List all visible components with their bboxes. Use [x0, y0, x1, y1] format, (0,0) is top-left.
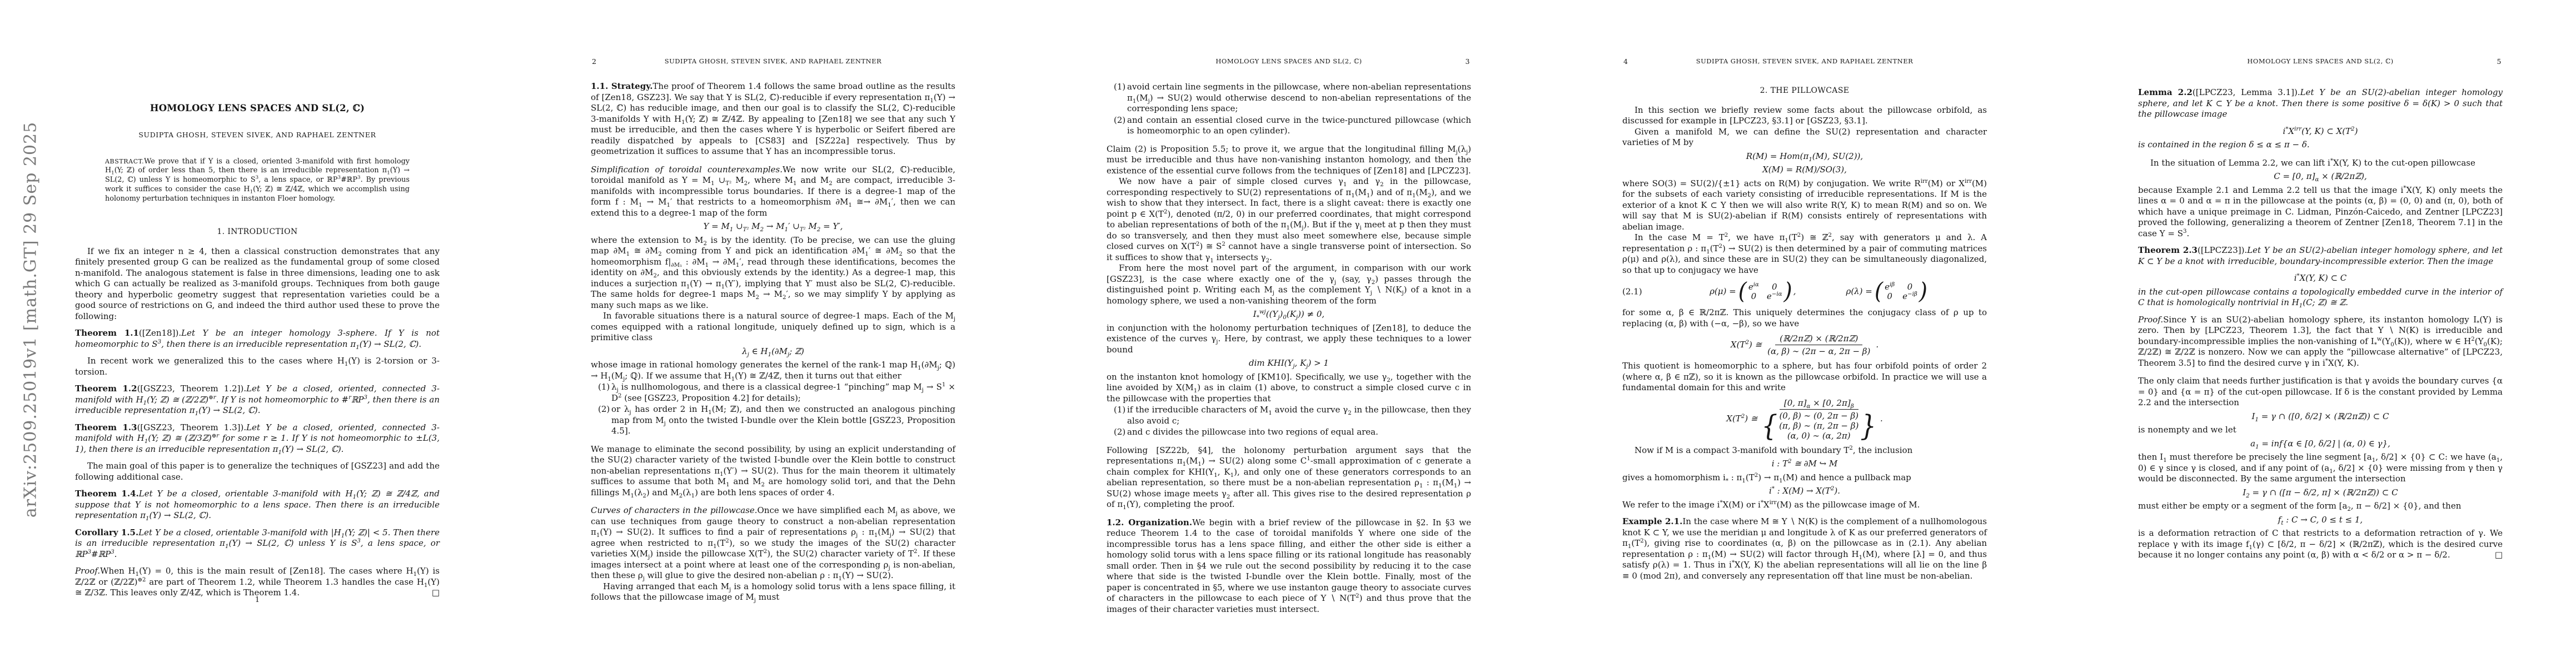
screenshot-root: { "watermark": "arXiv:2509.25019v1 [math…	[0, 0, 2576, 667]
paragraph-lead: Simplification of toroidal counterexampl…	[591, 165, 783, 175]
display-math: i : T2 ≅ ∂M ↪ M	[1622, 459, 1987, 470]
page-body: HOMOLOGY LENS SPACES AND SL(2, ℂ)SUDIPTA…	[75, 81, 440, 599]
paragraph: 1.1. Strategy.The proof of Theorem 1.4 f…	[591, 81, 955, 157]
running-head-title: SUDIPTA GHOSH, STEVEN SIVEK, AND RAPHAEL…	[591, 56, 955, 67]
running-head: 3HOMOLOGY LENS SPACES AND SL(2, ℂ)	[1107, 56, 1471, 67]
fraction: [0, π]α × [0, 2π]β{(0, β) ∼ (0, 2π − β)(…	[1762, 398, 1876, 441]
paragraph: We now have a pair of simple closed curv…	[1107, 176, 1471, 263]
fraction-numerator: (ℝ/2πℤ) × (ℝ/2πℤ)	[1775, 333, 1862, 345]
paragraph-text: where the extension to M2 is by the iden…	[591, 235, 955, 310]
paragraph: then I1 must therefore be precisely the …	[2138, 452, 2503, 485]
proof-text: Since Y is an SU(2)-abelian homology sph…	[2138, 315, 2503, 368]
paragraph: The main goal of this paper is to genera…	[75, 461, 440, 482]
matrix-cell: e−iβ	[1902, 292, 1917, 301]
paragraph-text: in conjunction with the holonomy perturb…	[1107, 323, 1471, 355]
fraction-denominator: (0, β) ∼ (0, 2π − β)(π, β) ∼ (π, 2π − β)…	[1777, 411, 1860, 441]
running-head-title: SUDIPTA GHOSH, STEVEN SIVEK, AND RAPHAEL…	[1622, 56, 1987, 67]
theorem: Theorem 1.4.Let Y be a closed, orientabl…	[75, 489, 440, 521]
paragraph-text: whose image in rational homology generat…	[591, 360, 955, 381]
paragraph-text: If we fix an integer n ≥ 4, then a class…	[75, 246, 440, 321]
denominator-line: (π, β) ∼ (π, 2π − β)	[1779, 421, 1858, 431]
list-item-text: if the irreducible characters of M1 avoi…	[1127, 405, 1471, 426]
abstract-text: We prove that if Y is a closed, oriented…	[105, 157, 410, 203]
right-paren-glyph: )	[1784, 280, 1792, 303]
fraction-numerator: [0, π]α × [0, 2π]β	[1780, 398, 1858, 410]
paragraph-text: In the situation of Lemma 2.2, we can li…	[2150, 158, 2475, 168]
paragraph: is nonempty and we let	[2138, 425, 2503, 436]
paragraph: In favorable situations there is a natur…	[591, 311, 955, 344]
right-paren-glyph: )	[1919, 280, 1927, 303]
paragraph: Claim (2) is Proposition 5.5; to prove i…	[1107, 144, 1471, 177]
fraction: (ℝ/2πℤ) × (ℝ/2πℤ)(α, β) ∼ (2π − α, 2π − …	[1766, 333, 1872, 356]
display-math: X(M) = R(M)/SO(3),	[1622, 165, 1987, 176]
running-head-title: HOMOLOGY LENS SPACES AND SL(2, ℂ)	[2138, 56, 2503, 67]
list-item: (1)λj is nullhomologous, and there is a …	[591, 382, 955, 404]
list-item-text: avoid certain line segments in the pillo…	[1127, 82, 1471, 113]
paragraph-text: The proof of Theorem 1.4 follows the sam…	[591, 81, 955, 156]
paragraph: in the cut-open pillowcase contains a to…	[2138, 287, 2503, 308]
matrix-cell: eiα	[1748, 282, 1759, 292]
display-math: i*Xirr(Y, K) ⊂ X(T2)	[2138, 126, 2503, 137]
left-paren-glyph: (	[1875, 280, 1883, 303]
paragraph-text: We refer to the image i*X(M) or i*Xirr(M…	[1622, 500, 1920, 510]
running-head: 4SUDIPTA GHOSH, STEVEN SIVEK, AND RAPHAE…	[1622, 56, 1987, 67]
list-item-number: (1)	[598, 382, 610, 393]
fraction-denominator-row: {(0, β) ∼ (0, 2π − β)(π, β) ∼ (π, 2π − β…	[1762, 411, 1876, 441]
paragraph-text: From here the most novel part of the arg…	[1107, 263, 1471, 306]
proof: Proof.Since Y is an SU(2)-abelian homolo…	[2138, 315, 2503, 369]
matrix-cell: 0	[1748, 292, 1759, 301]
list-item-number: (1)	[1114, 405, 1125, 416]
paragraph: We manage to eliminate the second possib…	[591, 444, 955, 499]
paragraph: where the extension to M2 is by the iden…	[591, 235, 955, 311]
paragraph-lead: 1.2. Organization.	[1107, 517, 1192, 527]
theorem-label: Theorem 1.4.	[75, 489, 139, 499]
section-heading: 2. THE PILLOWCASE	[1622, 86, 1987, 97]
display-math: λj ∈ H1(∂Mj; ℤ)	[591, 346, 955, 357]
display-math: C = [0, π]α × (ℝ/2πℤ),	[2138, 171, 2503, 182]
paragraph-text: must either be empty or a segment of the…	[2138, 501, 2461, 511]
paragraph: We refer to the image i*X(M) or i*Xirr(M…	[1622, 500, 1987, 511]
list-item-text: and c divides the pillowcase into two re…	[1127, 427, 1378, 437]
paper-page-3: 3HOMOLOGY LENS SPACES AND SL(2, ℂ)(1)avo…	[1107, 0, 1471, 667]
display-math: R(M) = Hom(π1(M), SU(2)),	[1622, 151, 1987, 162]
theorem-citation: ([Zen18]).	[139, 328, 181, 338]
paragraph: In the situation of Lemma 2.2, we can li…	[2138, 158, 2503, 169]
paragraph-text: In the case M = T2, we have π1(T2) ≅ ℤ2,…	[1622, 232, 1987, 275]
denominator-line: (α, 0) ∼ (α, 2π)	[1787, 431, 1851, 441]
matrix-cell: 0	[1902, 282, 1917, 292]
paragraph: for some α, β ∈ ℝ/2πℤ. This uniquely det…	[1622, 307, 1987, 329]
paragraph-text: We now have a pair of simple closed curv…	[1107, 176, 1471, 262]
paragraph: If we fix an integer n ≥ 4, then a class…	[75, 246, 440, 322]
paragraph: 1.2. Organization.We begin with a brief …	[1107, 517, 1471, 615]
display-math: I2 = γ ∩ ([π − δ/2, π] × (ℝ/2πℤ)) ⊂ C	[2138, 487, 2503, 499]
left-brace-glyph: {	[1762, 411, 1778, 440]
paragraph-lead: Curves of characters in the pillowcase.	[591, 505, 758, 515]
matrix-group: ρ(μ) = (eiα00e−iα),	[1710, 281, 1796, 302]
paragraph: Now if M is a compact 3-manifold with bo…	[1622, 445, 1987, 456]
paragraph: In this section we briefly review some f…	[1622, 105, 1987, 127]
paragraph: This quotient is homeomorphic to a spher…	[1622, 361, 1987, 394]
paragraph-text: The main goal of this paper is to genera…	[75, 461, 440, 482]
list-item: (1)avoid certain line segments in the pi…	[1107, 82, 1471, 115]
paragraph-text: gives a homomorphism i* : π1(T2) → π1(M)…	[1622, 472, 1911, 482]
proof: Proof.When H1(Y) = 0, this is the main r…	[75, 566, 440, 599]
theorem-citation: ([LPCZ23]).	[2198, 245, 2247, 255]
theorem-label: Example 2.1.	[1622, 516, 1682, 526]
paragraph: gives a homomorphism i* : π1(T2) → π1(M)…	[1622, 472, 1987, 484]
paragraph-text: Having arranged that each Mj is a homolo…	[591, 581, 955, 603]
equation-number: (2.1)	[1622, 286, 1642, 297]
paragraph-text: is nonempty and we let	[2138, 425, 2236, 435]
equation-2-1: (2.1)ρ(μ) = (eiα00e−iα),ρ(λ) = (eiβ00e−i…	[1622, 281, 1987, 302]
theorem-citation: ([LPCZ23, Lemma 3.1]).	[2193, 87, 2300, 97]
paper-title: HOMOLOGY LENS SPACES AND SL(2, ℂ)	[75, 102, 440, 114]
fraction-denominator-row: (α, β) ∼ (2π − α, 2π − β)	[1766, 346, 1872, 356]
paragraph-text: This quotient is homeomorphic to a spher…	[1622, 361, 1987, 392]
list-item-number: (1)	[1114, 82, 1125, 93]
paragraph: must either be empty or a segment of the…	[2138, 501, 2503, 512]
list-item-text: or λj has order 2 in H1(M; ℤ), and then …	[611, 404, 955, 436]
theorem-label: Lemma 2.2	[2138, 87, 2193, 97]
theorem-citation: ([GSZ23, Theorem 1.2]).	[137, 384, 247, 394]
theorem: Theorem 1.2([GSZ23, Theorem 1.2]).Let Y …	[75, 384, 440, 416]
paragraph-text: where SO(3) = SU(2)/{±1} acts on R(M) by…	[1622, 178, 1987, 232]
running-head-title: HOMOLOGY LENS SPACES AND SL(2, ℂ)	[1107, 56, 1471, 67]
paragraph: in conjunction with the holonomy perturb…	[1107, 323, 1471, 356]
theorem: Lemma 2.2([LPCZ23, Lemma 3.1]).Let Y be …	[2138, 87, 2503, 120]
paragraph: where SO(3) = SU(2)/{±1} acts on R(M) by…	[1622, 178, 1987, 233]
paragraph: Having arranged that each Mj is a homolo…	[591, 581, 955, 603]
paragraph-text: We begin with a brief review of the pill…	[1107, 517, 1471, 614]
matrix-lhs: ρ(μ) =	[1710, 286, 1736, 297]
paragraph-text: on the instanton knot homology of [KM10]…	[1107, 372, 1471, 404]
fraction-lhs: X(T2) ≅	[1726, 414, 1757, 425]
fraction-display: X(T2) ≅ [0, π]α × [0, 2π]β{(0, β) ∼ (0, …	[1622, 398, 1987, 441]
theorem-label: Theorem 1.1	[75, 328, 139, 338]
paragraph-text: is a deformation retraction of C that re…	[2138, 528, 2503, 560]
denominator-line: (0, β) ∼ (0, 2π − β)	[1779, 411, 1858, 421]
paragraph: Simplification of toroidal counterexampl…	[591, 165, 955, 219]
theorem-label: Corollary 1.5.	[75, 527, 138, 537]
proof-label: Proof.	[2138, 315, 2163, 325]
page-body: 2. THE PILLOWCASEIn this section we brie…	[1622, 81, 1987, 588]
arxiv-watermark: arXiv:2509.25019v1 [math.GT] 29 Sep 2025	[21, 122, 41, 517]
display-math: i* : X(M) → X(T2).	[1622, 486, 1987, 497]
paragraph: The only claim that needs further justif…	[2138, 376, 2503, 409]
qed-box: □	[2495, 550, 2503, 561]
matrix-group: ρ(λ) = (eiβ00e−iβ)	[1846, 281, 1927, 302]
paragraph-text: In this section we briefly review some f…	[1622, 105, 1987, 126]
paper-page-1: HOMOLOGY LENS SPACES AND SL(2, ℂ)SUDIPTA…	[75, 0, 440, 667]
display-math: I1 = γ ∩ ([0, δ/2] × (ℝ/2πℤ)) ⊂ C	[2138, 411, 2503, 422]
fraction-display: X(T2) ≅ (ℝ/2πℤ) × (ℝ/2πℤ)(α, β) ∼ (2π − …	[1622, 333, 1987, 356]
display-math: a1 = inf{α ∈ [0, δ/2] | (α, 0) ∈ γ},	[2138, 439, 2503, 450]
theorem-label: Theorem 2.3	[2138, 245, 2198, 255]
paragraph-text: for some α, β ∈ ℝ/2πℤ. This uniquely det…	[1622, 307, 1987, 328]
page-body: (1)avoid certain line segments in the pi…	[1107, 81, 1471, 615]
theorem: Corollary 1.5.Let Y be a closed, orienta…	[75, 527, 440, 560]
abstract-label: ABSTRACT.	[105, 158, 144, 165]
paragraph: on the instanton knot homology of [KM10]…	[1107, 372, 1471, 405]
paragraph: whose image in rational homology generat…	[591, 360, 955, 381]
matrix-cells: eiβ00e−iβ	[1885, 282, 1917, 301]
page-number-foot: 1	[75, 595, 440, 606]
running-head-page-number: 4	[1623, 56, 1628, 67]
abstract: ABSTRACT.We prove that if Y is a closed,…	[105, 157, 410, 204]
matrix-lhs: ρ(λ) =	[1846, 286, 1872, 297]
paragraph-lead: 1.1. Strategy.	[591, 81, 652, 91]
paragraph-text: Following [SZ22b, §4], the holonomy pert…	[1107, 445, 1471, 510]
display-math: Y = M1 ∪T² M2 → M1′ ∪T² M2 = Y′,	[591, 221, 955, 232]
fraction-rhs: .	[1880, 414, 1883, 425]
paragraph-text: The only claim that needs further justif…	[2138, 376, 2503, 407]
theorem-label: Theorem 1.3	[75, 422, 137, 432]
paragraph-text: because Example 2.1 and Lemma 2.2 tell u…	[2138, 185, 2503, 238]
page-body: Lemma 2.2([LPCZ23, Lemma 3.1]).Let Y be …	[2138, 81, 2503, 561]
denominator-line: (α, β) ∼ (2π − α, 2π − β)	[1767, 346, 1870, 356]
list-item-number: (2)	[1114, 115, 1125, 126]
left-paren-glyph: (	[1738, 280, 1747, 303]
proof-text: When H1(Y) = 0, this is the main result …	[75, 566, 440, 598]
paragraph: is a deformation retraction of C that re…	[2138, 528, 2503, 561]
theorem: Theorem 1.3([GSZ23, Theorem 1.3]).Let Y …	[75, 422, 440, 455]
paragraph: because Example 2.1 and Lemma 2.2 tell u…	[2138, 185, 2503, 240]
paragraph-text: Given a manifold M, we can define the SU…	[1622, 127, 1987, 148]
paragraph: Curves of characters in the pillowcase.O…	[591, 505, 955, 581]
paper-page-5: 5HOMOLOGY LENS SPACES AND SL(2, ℂ)Lemma …	[2138, 0, 2503, 667]
authors-line: SUDIPTA GHOSH, STEVEN SIVEK, AND RAPHAEL…	[75, 130, 440, 141]
fraction-denominator: (α, β) ∼ (2π − α, 2π − β)	[1766, 346, 1872, 356]
paragraph-text: is contained in the region δ ≤ α ≤ π − δ…	[2138, 140, 2310, 150]
matrix-cells: eiα00e−iα	[1748, 282, 1782, 301]
paragraph-text: We manage to eliminate the second possib…	[591, 444, 955, 497]
list-item-number: (2)	[1114, 427, 1125, 438]
fraction-rhs: .	[1876, 340, 1879, 351]
list-item-text: and contain an essential closed curve in…	[1127, 115, 1471, 136]
paper-page-2: 2SUDIPTA GHOSH, STEVEN SIVEK, AND RAPHAE…	[591, 0, 955, 667]
paragraph: is contained in the region δ ≤ α ≤ π − δ…	[2138, 140, 2503, 151]
display-math: I*wj((Yj)0(Kj)) ≠ 0,	[1107, 309, 1471, 320]
theorem: Theorem 2.3([LPCZ23]).Let Y be an SU(2)-…	[2138, 245, 2503, 267]
running-head: 2SUDIPTA GHOSH, STEVEN SIVEK, AND RAPHAE…	[591, 56, 955, 67]
paragraph: From here the most novel part of the arg…	[1107, 263, 1471, 306]
right-brace-glyph: }	[1860, 411, 1876, 440]
paragraph-text: In recent work we generalized this to th…	[75, 356, 440, 377]
display-math: ft : C → C, 0 ≤ t ≤ 1,	[2138, 515, 2503, 526]
paragraph: Given a manifold M, we can define the SU…	[1622, 127, 1987, 148]
list-item-number: (2)	[598, 404, 610, 415]
matrix-post: ,	[1793, 286, 1796, 297]
theorem: Example 2.1.In the case where M ≅ Y ∖ N(…	[1622, 516, 1987, 581]
list-item: (1)if the irreducible characters of M1 a…	[1107, 405, 1471, 426]
display-math: i*X(Y, K) ⊂ C	[2138, 273, 2503, 284]
paragraph-text: then I1 must therefore be precisely the …	[2138, 452, 2503, 484]
paragraph: Following [SZ22b, §4], the holonomy pert…	[1107, 445, 1471, 510]
fraction-lhs: X(T2) ≅	[1731, 340, 1762, 351]
matrix-cell: 0	[1885, 292, 1895, 301]
theorem-citation: ([GSZ23, Theorem 1.3]).	[137, 422, 247, 432]
running-head-page-number: 3	[1466, 56, 1470, 67]
list-item: (2)or λj has order 2 in H1(M; ℤ), and th…	[591, 404, 955, 437]
paragraph-text: Once we have simplified each Mj as above…	[591, 505, 955, 580]
running-head-page-number: 2	[592, 56, 596, 67]
matrix-cell: eiβ	[1885, 282, 1895, 292]
matrix-cell: 0	[1767, 282, 1782, 292]
theorem: Theorem 1.1([Zen18]).Let Y be an integer…	[75, 328, 440, 350]
page-body: 1.1. Strategy.The proof of Theorem 1.4 f…	[591, 81, 955, 603]
list-item-text: λj is nullhomologous, and there is a cla…	[611, 382, 955, 403]
paragraph: In the case M = T2, we have π1(T2) ≅ ℤ2,…	[1622, 232, 1987, 276]
theorem-label: Theorem 1.2	[75, 384, 137, 394]
paragraph: In recent work we generalized this to th…	[75, 356, 440, 377]
section-heading: 1. INTRODUCTION	[75, 227, 440, 238]
running-head-page-number: 5	[2497, 56, 2502, 67]
running-head: 5HOMOLOGY LENS SPACES AND SL(2, ℂ)	[2138, 56, 2503, 67]
paragraph-text: Claim (2) is Proposition 5.5; to prove i…	[1107, 144, 1471, 176]
proof-label: Proof.	[75, 566, 100, 576]
paragraph-text: Now if M is a compact 3-manifold with bo…	[1635, 445, 1912, 455]
paper-page-4: 4SUDIPTA GHOSH, STEVEN SIVEK, AND RAPHAE…	[1622, 0, 1987, 667]
display-math: dim KHI(Yj, Kj) > 1	[1107, 358, 1471, 369]
list-item: (2)and contain an essential closed curve…	[1107, 115, 1471, 137]
paragraph-text: In favorable situations there is a natur…	[591, 311, 955, 342]
matrix-cell: e−iα	[1767, 292, 1782, 301]
list-item: (2)and c divides the pillowcase into two…	[1107, 427, 1471, 438]
paragraph-text: in the cut-open pillowcase contains a to…	[2138, 287, 2503, 308]
